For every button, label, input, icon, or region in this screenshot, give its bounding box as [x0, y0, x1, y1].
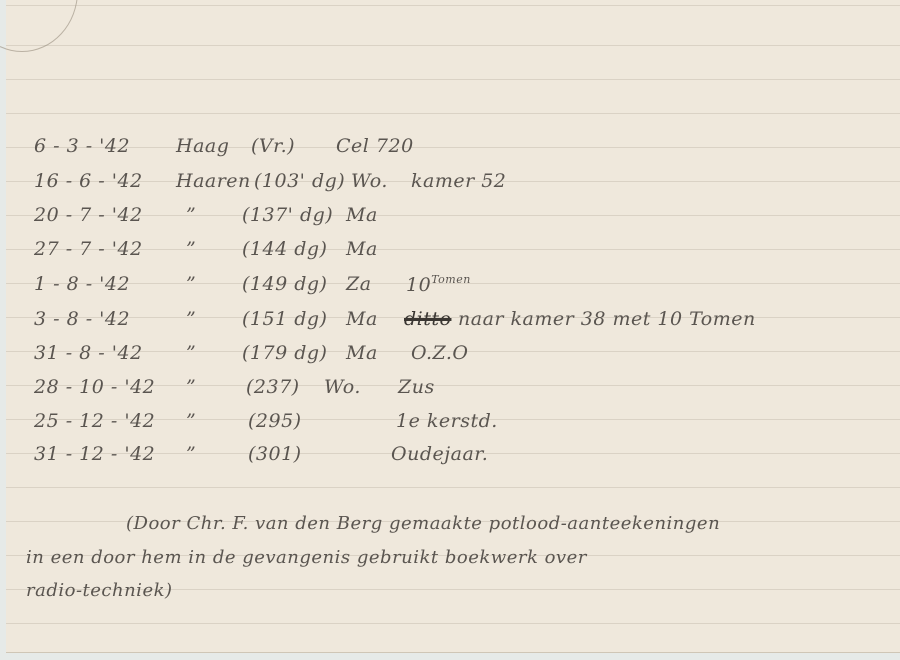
entry-days: (Vr.) [251, 135, 295, 157]
footnote-line-3: radio-techniek) [26, 580, 173, 601]
entry-date: 3 - 8 - '42 [34, 308, 130, 330]
entry-date: 27 - 7 - '42 [34, 238, 143, 260]
entry-row: 1 - 8 - '42 ” (149 dg) Za 10Tomen [6, 273, 900, 303]
paper-sheet: 6 - 3 - '42 Haag (Vr.) Cel 720 16 - 6 - … [6, 0, 900, 653]
entry-place: ” [186, 308, 196, 330]
entry-date: 28 - 10 - '42 [34, 376, 155, 398]
entry-note: kamer 52 [411, 170, 506, 192]
entry-note: Zus [398, 376, 435, 398]
footnote-line-1: (Door Chr. F. van den Berg gemaakte potl… [126, 513, 720, 534]
entry-weekday: Ma [346, 204, 378, 226]
entry-date: 16 - 6 - '42 [34, 170, 143, 192]
entry-date: 31 - 8 - '42 [34, 342, 143, 364]
entry-days: (151 dg) [242, 308, 327, 330]
entry-note: 10Tomen [406, 273, 471, 296]
entry-place: ” [186, 410, 196, 432]
entry-note-number: 10 [406, 274, 431, 296]
entry-weekday: Wo. [324, 376, 361, 398]
entry-weekday: Za [346, 273, 372, 295]
entry-note: naar kamer 38 met 10 Tomen [458, 308, 756, 330]
entry-row: 16 - 6 - '42 Haaren (103' dg) Wo. kamer … [6, 170, 900, 200]
entry-row: 31 - 8 - '42 ” (179 dg) Ma O.Z.O [6, 342, 900, 372]
entry-date: 1 - 8 - '42 [34, 273, 130, 295]
entry-weekday: Ma [346, 342, 378, 364]
entry-days: (295) [248, 410, 302, 432]
punch-hole-mark [0, 0, 78, 52]
entry-date: 6 - 3 - '42 [34, 135, 130, 157]
entry-date: 31 - 12 - '42 [34, 443, 155, 465]
entry-weekday: Ma [346, 308, 378, 330]
entry-row: 3 - 8 - '42 ” (151 dg) Ma ditto naar kam… [6, 308, 900, 338]
entry-row: 31 - 12 - '42 ” (301) Oudejaar. [6, 443, 900, 473]
entry-days: (103' dg) [254, 170, 345, 192]
entry-days: (301) [248, 443, 302, 465]
entry-note: O.Z.O [411, 342, 469, 364]
entry-days: (237) [246, 376, 300, 398]
entry-date: 25 - 12 - '42 [34, 410, 155, 432]
entry-row: 27 - 7 - '42 ” (144 dg) Ma [6, 238, 900, 268]
entry-weekday: Cel 720 [336, 135, 414, 157]
entry-place: ” [186, 273, 196, 295]
entry-days: (144 dg) [242, 238, 327, 260]
entry-date: 20 - 7 - '42 [34, 204, 143, 226]
entry-note: Oudejaar. [391, 443, 488, 465]
entry-days: (179 dg) [242, 342, 327, 364]
entry-note: 1e kerstd. [396, 410, 498, 432]
entry-place: ” [186, 376, 196, 398]
entry-row: 25 - 12 - '42 ” (295) 1e kerstd. [6, 410, 900, 440]
struck-out-word: ditto [404, 308, 451, 330]
entry-row: 6 - 3 - '42 Haag (Vr.) Cel 720 [6, 135, 900, 165]
entry-place: ” [186, 204, 196, 226]
footnote-line-2: in een door hem in de gevangenis gebruik… [26, 547, 587, 568]
entry-weekday: Ma [346, 238, 378, 260]
entry-days: (137' dg) [242, 204, 333, 226]
entry-place: Haaren [176, 170, 251, 192]
entry-row: 20 - 7 - '42 ” (137' dg) Ma [6, 204, 900, 234]
entry-days: (149 dg) [242, 273, 327, 295]
entry-note-superscript: Tomen [431, 273, 471, 286]
entry-weekday: Wo. [351, 170, 388, 192]
entry-place: ” [186, 443, 196, 465]
entry-row: 28 - 10 - '42 ” (237) Wo. Zus [6, 376, 900, 406]
entry-place: Haag [176, 135, 229, 157]
entry-place: ” [186, 342, 196, 364]
entry-place: ” [186, 238, 196, 260]
